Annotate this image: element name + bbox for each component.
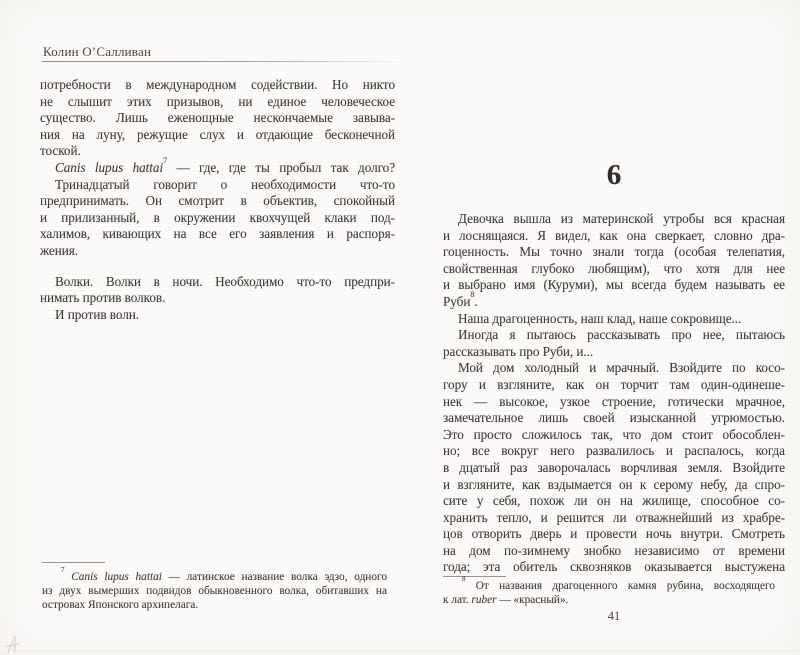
text-line: халимов, кивающих на все его заявления и…	[40, 226, 395, 243]
text-line: Мой дом холодный и мрачный. Взойдите по …	[443, 360, 785, 377]
text-line: из двух вымерших подвидов обыкновенного …	[42, 585, 387, 599]
text-line: хранить тепло, и решится ли отважнейший …	[443, 510, 785, 527]
paragraph: Волки. Волки в ночи. Необходимо что-то п…	[40, 274, 395, 307]
text-line: нимать против волков.	[40, 290, 395, 307]
text-line: Волки. Волки в ночи. Необходимо что-то п…	[40, 274, 395, 291]
footnote-separator	[443, 576, 506, 577]
paragraph: Мой дом холодный и мрачный. Взойдите по …	[443, 360, 785, 576]
book-spread: Колин О’Салливан потребности в междунаро…	[0, 0, 800, 655]
header-rule	[42, 61, 394, 62]
text-line: и выбрано имя (Куруми), мы всегда будем …	[443, 277, 785, 294]
paragraph: Иногда я пытаюсь рассказывать про нее, п…	[443, 327, 785, 360]
paragraph: Наша драгоценность, наш клад, наше сокро…	[443, 311, 785, 328]
text-line: Руби8.	[443, 294, 785, 311]
text-line: Наша драгоценность, наш клад, наше сокро…	[443, 311, 785, 328]
text-line: 7 Canis lupus hattai — латинское названи…	[42, 571, 387, 585]
paragraph: Девочка вышла из материнской утробы вся …	[443, 211, 785, 311]
text-line: ния на луну, режущие слух и отдающие бес…	[40, 127, 395, 144]
text-line: гоценность. Мы точно знали тогда (особая…	[443, 244, 785, 261]
running-head: Колин О’Салливан	[43, 44, 395, 59]
text-line: к лат. ruber — «красный».	[443, 594, 775, 608]
text-line: тоской.	[40, 143, 395, 160]
text-line: Это просто сложилось так, что дом стоит …	[443, 427, 785, 444]
paragraph: Canis lupus hattai7 — где, где ты пробыл…	[40, 160, 395, 177]
text-line: года; эта обитель сквозняков оказывается…	[443, 559, 785, 576]
text-line: предпринимать. Он смотрит в объектив, сп…	[40, 193, 395, 210]
text-line: Canis lupus hattai7 — где, где ты пробыл…	[40, 160, 395, 177]
paragraph: И против волн.	[40, 307, 395, 324]
text-line: не слышит этих призывов, ни единое челов…	[40, 94, 395, 111]
text-line: цов отворить дверь и провести ночь внутр…	[443, 526, 785, 543]
text-line: рассказывать про Руби, и...	[443, 344, 785, 361]
paragraph: потребности в международном содействии. …	[40, 77, 395, 160]
text-line: в дцатый раз заворочалась ворчливая земл…	[443, 460, 785, 477]
text-line: существо. Лишь еженощные нескончаемые за…	[40, 110, 395, 127]
paragraph: 7 Canis lupus hattai — латинское названи…	[42, 571, 387, 612]
paragraph: 8 От названия драгоценного камня рубина,…	[443, 580, 775, 608]
text-line: и прилизанный, в окружении квохчущей кла…	[40, 210, 395, 227]
text-line: Девочка вышла из материнской утробы вся …	[443, 211, 785, 228]
left-page-body: потребности в международном содействии. …	[40, 77, 395, 323]
text-line: но; все вокруг него развалилось и распал…	[443, 443, 785, 460]
footnote-separator	[42, 562, 105, 563]
text-line: и взгляните, как вздымается он к серому …	[443, 477, 785, 494]
text-line: нек — высокое, узкое строение, готически…	[443, 394, 785, 411]
text-line: 8 От названия драгоценного камня рубина,…	[443, 580, 775, 594]
text-line: замечательное лишь своей изысканной угрю…	[443, 410, 785, 427]
left-page-footnote: 7 Canis lupus hattai — латинское названи…	[42, 571, 387, 612]
text-line: и лоснящаяся. Я видел, как она сверкает,…	[443, 228, 785, 245]
text-line: И против волн.	[40, 307, 395, 324]
page-number: 41	[443, 609, 785, 624]
text-line: островах Японского архипелага.	[42, 599, 387, 613]
right-page-footnote: 8 От названия драгоценного камня рубина,…	[443, 580, 775, 608]
text-line: свойственная глубоко любящим), что хотя …	[443, 261, 785, 278]
text-line: на дом по-зимнему знобко независимо от в…	[443, 543, 785, 560]
text-line: потребности в международном содействии. …	[40, 77, 395, 94]
text-line: гору и взгляните, как он торчит там один…	[443, 377, 785, 394]
text-line: Тринадцатый говорит о необходимости что-…	[40, 177, 395, 194]
right-page-body: Девочка вышла из материнской утробы вся …	[443, 211, 785, 576]
text-line: жения.	[40, 243, 395, 260]
corner-mark	[5, 633, 25, 655]
chapter-number: 6	[443, 160, 785, 190]
text-line: сите у себя, похож ли он на жилище, спос…	[443, 493, 785, 510]
text-line: Иногда я пытаюсь рассказывать про нее, п…	[443, 327, 785, 344]
paragraph: Тринадцатый говорит о необходимости что-…	[40, 177, 395, 260]
